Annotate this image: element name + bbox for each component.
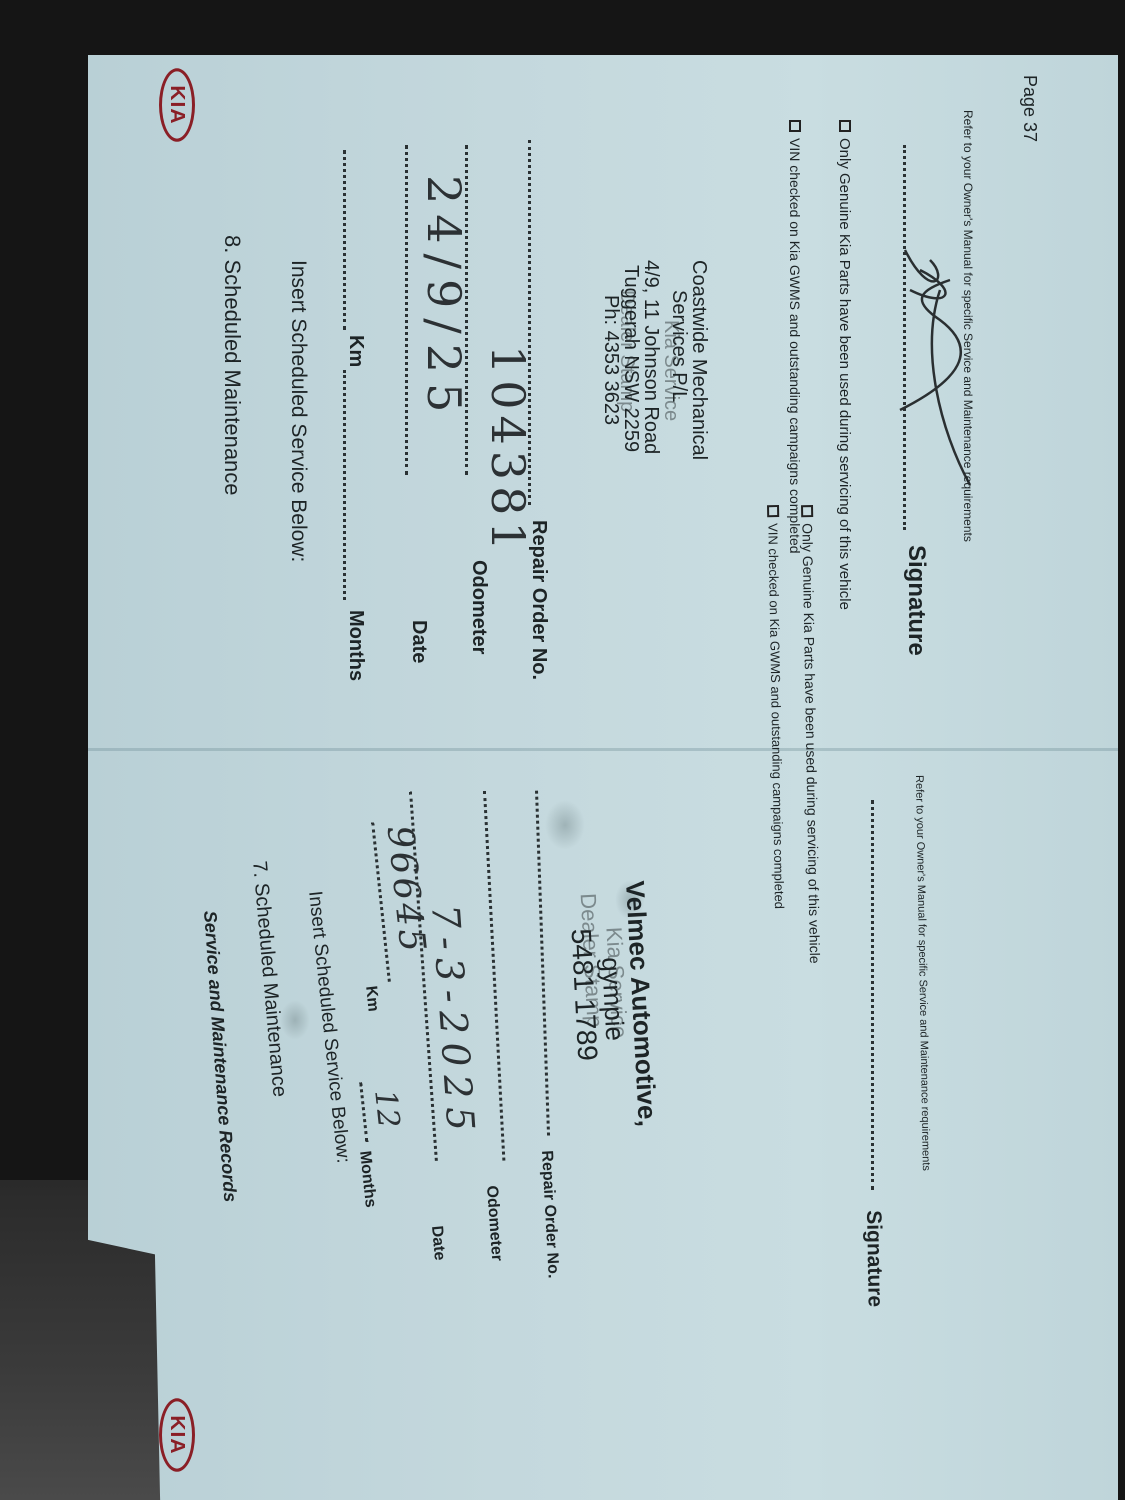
stamp-line5: Ph: 4353 3623	[599, 295, 622, 425]
right-months-field[interactable]	[343, 370, 363, 600]
left-signature-label: Signature	[861, 1210, 887, 1307]
right-months-label: Months	[344, 610, 367, 681]
left-checkbox-vin[interactable]: VIN checked on Kia GWMS and outstanding …	[765, 505, 787, 909]
right-insert-label: Insert Scheduled Service Below:	[286, 260, 310, 562]
booklet-spread: KIA KIA Service and Maintenance Records …	[0, 0, 1125, 1500]
right-km-label: Km	[344, 335, 367, 367]
right-date-field[interactable]: 24/9/25	[405, 145, 435, 475]
left-date-field[interactable]: 7-3-2025	[409, 790, 461, 1161]
checkbox-icon[interactable]	[789, 120, 801, 132]
checkbox-icon[interactable]	[839, 120, 851, 132]
stamp-line4: Tuggerah NSW 2259	[619, 265, 642, 452]
page-number: Page 37	[1019, 75, 1040, 142]
right-signature-label: Signature	[902, 545, 930, 656]
left-months-value: 12	[367, 1088, 406, 1130]
stamp-line3: 5481 1789	[564, 928, 603, 1062]
left-km-field[interactable]: 96645	[371, 820, 414, 982]
left-signature-field[interactable]	[871, 800, 893, 1190]
left-section-title: 7. Scheduled Maintenance	[247, 860, 291, 1098]
left-months-field[interactable]: 12	[359, 1080, 389, 1142]
checkbox-parts-label: Only Genuine Kia Parts have been used du…	[799, 523, 823, 964]
right-checkbox-parts[interactable]: Only Genuine Kia Parts have been used du…	[836, 120, 853, 610]
stamp-line2: Services P/L	[667, 290, 690, 402]
right-km-field[interactable]	[343, 150, 363, 330]
right-odometer-field[interactable]: 104381	[465, 145, 495, 475]
stamp-line1: Coastwide Mechanical	[687, 260, 710, 460]
right-repair-order-label: Repair Order No.	[527, 520, 550, 680]
left-insert-label: Insert Scheduled Service Below:	[303, 890, 353, 1164]
booklet-header: Service and Maintenance Records	[199, 910, 240, 1203]
left-repair-order-label: Repair Order No.	[537, 1150, 562, 1279]
left-date-label: Date	[427, 1225, 448, 1261]
left-odometer-field[interactable]	[483, 790, 524, 1161]
kia-logo: KIA	[159, 68, 195, 142]
left-months-label: Months	[355, 1150, 379, 1208]
left-checkbox-parts[interactable]: Only Genuine Kia Parts have been used du…	[799, 505, 823, 964]
right-repair-order-field[interactable]	[528, 140, 550, 505]
right-date-value: 24/9/25	[417, 175, 471, 422]
right-section-title: 8. Scheduled Maintenance	[219, 235, 245, 496]
checkbox-parts-label: Only Genuine Kia Parts have been used du…	[836, 138, 853, 610]
checkbox-vin-label: VIN checked on Kia GWMS and outstanding …	[787, 138, 803, 554]
right-checkbox-vin[interactable]: VIN checked on Kia GWMS and outstanding …	[787, 120, 803, 554]
checkbox-vin-label: VIN checked on Kia GWMS and outstanding …	[765, 523, 787, 909]
kia-logo: KIA	[159, 1398, 195, 1472]
checkbox-icon[interactable]	[767, 505, 779, 517]
right-date-label: Date	[407, 620, 430, 663]
left-km-label: Km	[361, 985, 382, 1013]
stamp-line3: 4/9, 11 Johnson Road	[639, 260, 662, 454]
left-footer-note: Refer to your Owner's Manual for specifi…	[913, 775, 932, 1171]
left-date-value: 7-3-2025	[423, 903, 483, 1140]
left-odometer-label: Odometer	[482, 1185, 505, 1262]
right-signature-field[interactable]: signed	[903, 145, 925, 530]
right-footer-note: Refer to your Owner's Manual for specifi…	[961, 110, 975, 542]
right-odometer-label: Odometer	[467, 560, 490, 654]
